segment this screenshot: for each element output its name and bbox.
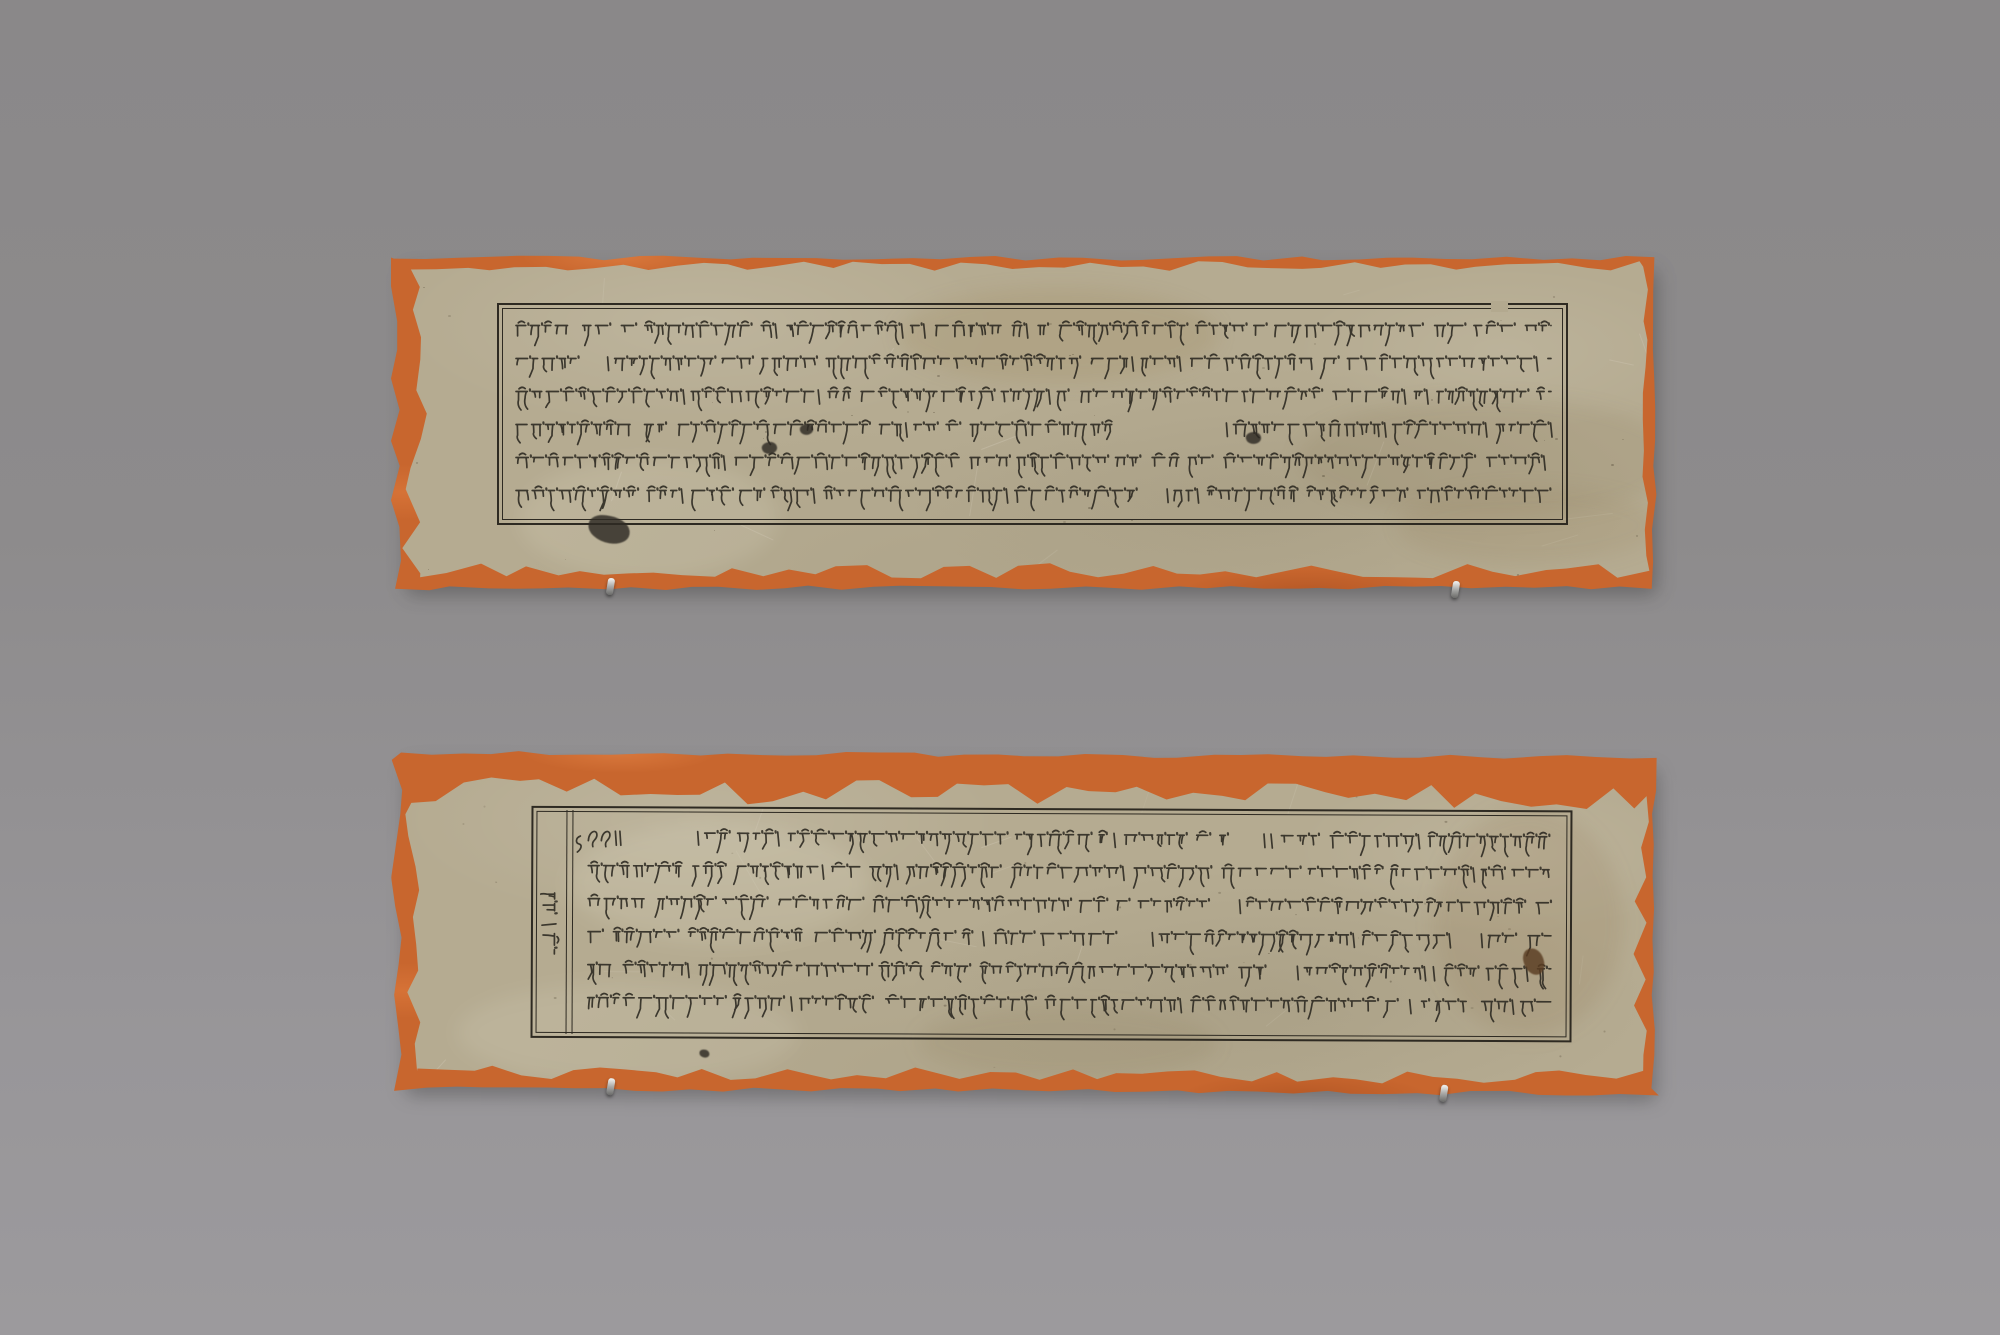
paper-fiber-speck — [1477, 791, 1478, 792]
tibetan-text-line — [586, 858, 1554, 895]
tibetan-text-line — [586, 825, 1554, 862]
paper-fiber-speck — [739, 773, 742, 775]
paper-fiber-speck — [1297, 764, 1299, 765]
paper-fiber — [1639, 333, 1653, 369]
paper-fiber-speck — [483, 806, 485, 808]
paper-fiber-speck — [462, 824, 464, 825]
scribal-curl-mark — [572, 834, 584, 854]
tibetan-text-line — [586, 924, 1554, 961]
paper-fiber-speck — [423, 287, 425, 288]
text-block — [586, 825, 1555, 1027]
paper-fiber-speck — [1559, 1055, 1561, 1057]
margin-column — [533, 808, 574, 1036]
mounting-pin — [1451, 581, 1461, 599]
paper-fiber-speck — [1647, 349, 1650, 351]
paper-fiber-speck — [1356, 796, 1358, 797]
paper-fiber-speck — [1646, 425, 1647, 426]
paper-fiber-speck — [993, 1067, 995, 1068]
paper-fiber-speck — [923, 764, 924, 765]
paper-fiber — [602, 278, 605, 305]
paper-fiber-speck — [428, 569, 429, 570]
folio-label-vertical — [540, 888, 564, 962]
tibetan-text-line — [514, 318, 1554, 351]
paper-fiber — [1141, 771, 1156, 813]
tibetan-text-line — [514, 351, 1554, 384]
frame-rule-break — [1491, 301, 1508, 312]
tibetan-text-line — [514, 450, 1554, 483]
paper-fiber-speck — [1498, 582, 1499, 583]
paper-fiber-speck — [1611, 464, 1614, 466]
paper-fiber — [1540, 577, 1592, 578]
tibetan-text-line — [514, 417, 1554, 450]
manuscript-leaf-lower — [397, 752, 1654, 1093]
tibetan-text-line — [514, 483, 1554, 516]
paper-fiber-speck — [402, 315, 403, 316]
paper-fiber-speck — [405, 428, 408, 430]
paper-fiber — [1609, 359, 1634, 365]
paper-fiber-speck — [1156, 1075, 1158, 1076]
tibetan-text-line — [514, 384, 1554, 417]
paper-fiber-speck — [1604, 1031, 1606, 1033]
paper-fiber-speck — [399, 967, 401, 969]
paper-fiber-speck — [1628, 1085, 1630, 1086]
paper-fiber-speck — [1517, 574, 1519, 576]
paper-fiber-speck — [448, 1073, 449, 1074]
tibetan-text-line — [586, 957, 1554, 994]
paper-fiber-speck — [1608, 577, 1610, 579]
paper-fiber-speck — [1322, 573, 1324, 575]
paper-fiber-speck — [416, 462, 418, 464]
paper-fiber-speck — [992, 770, 994, 771]
paper-fiber-speck — [448, 315, 451, 317]
tibetan-text-line — [586, 990, 1554, 1027]
paper-fiber-speck — [1553, 296, 1555, 298]
paper-fiber-speck — [1636, 535, 1638, 537]
manuscript-leaf-upper — [398, 258, 1654, 588]
photograph-of-manuscript-leaves — [0, 0, 2000, 1335]
paper-fiber-speck — [1140, 772, 1141, 773]
paper-fiber-speck — [495, 882, 497, 883]
paper-fiber-speck — [475, 580, 476, 581]
text-block — [514, 318, 1554, 516]
paper-fiber-speck — [1207, 787, 1209, 789]
ink-blot — [699, 1049, 709, 1057]
paper-fiber — [1021, 550, 1058, 578]
tibetan-text-line — [586, 891, 1554, 928]
paper-fiber-speck — [886, 780, 888, 781]
paper-fiber — [1343, 290, 1360, 296]
